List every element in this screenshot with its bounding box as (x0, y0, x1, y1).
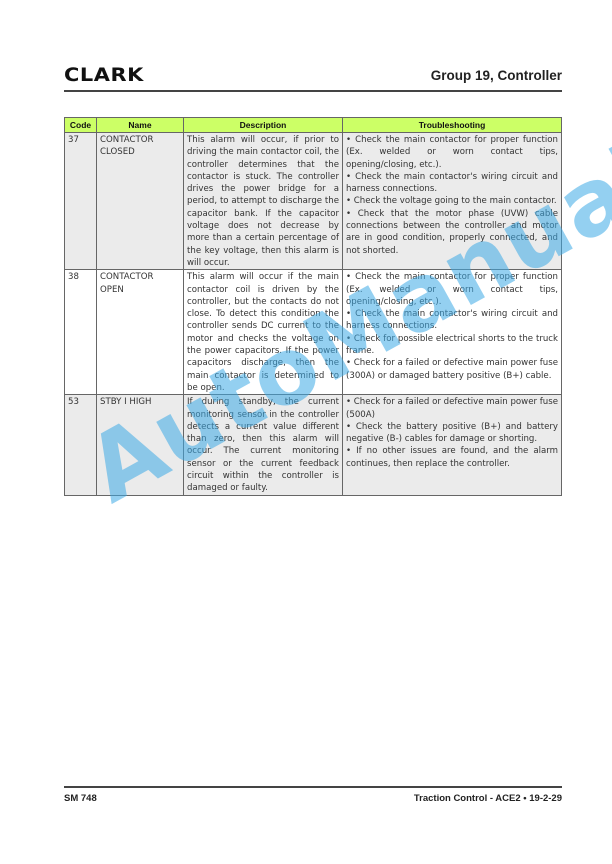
troubleshooting-step: • Check the main contactor's wiring circ… (346, 171, 558, 196)
description-cell: This alarm will occur, if prior to drivi… (184, 133, 343, 270)
troubleshooting-step: • Check that the motor phase (UVW) cable… (346, 208, 558, 257)
page-header: CLARK Group 19, Controller (64, 62, 562, 92)
page-reference: Traction Control - ACE2 • 19-2-29 (414, 793, 562, 804)
troubleshooting-cell: • Check for a failed or defective main p… (343, 395, 562, 495)
alarm-code-table: Code Name Description Troubleshooting 37… (64, 117, 562, 496)
troubleshooting-step: • Check the main contactor for proper fu… (346, 271, 558, 308)
code-cell: 37 (65, 133, 97, 270)
troubleshooting-step: • Check the main contactor for proper fu… (346, 134, 558, 171)
column-header-description: Description (184, 118, 343, 133)
name-cell: STBY I HIGH (97, 395, 184, 495)
column-header-name: Name (97, 118, 184, 133)
troubleshooting-cell: • Check the main contactor for proper fu… (343, 133, 562, 270)
code-cell: 53 (65, 395, 97, 495)
group-title: Group 19, Controller (431, 68, 562, 83)
troubleshooting-step: • If no other issues are found, and the … (346, 445, 558, 470)
name-cell: CONTACTOR OPEN (97, 270, 184, 395)
page-footer: SM 748 Traction Control - ACE2 • 19-2-29 (64, 786, 562, 788)
description-cell: This alarm will occur if the main contac… (184, 270, 343, 395)
table-row: 37 CONTACTOR CLOSED This alarm will occu… (65, 133, 562, 270)
troubleshooting-step: • Check for a failed or defective main p… (346, 357, 558, 382)
troubleshooting-step: • Check the main contactor's wiring circ… (346, 308, 558, 333)
manual-number: SM 748 (64, 793, 97, 804)
troubleshooting-step: • Check the battery positive (B+) and ba… (346, 421, 558, 446)
troubleshooting-step: • Check the voltage going to the main co… (346, 195, 558, 207)
description-cell: If during standby, the current monitorin… (184, 395, 343, 495)
code-cell: 38 (65, 270, 97, 395)
troubleshooting-cell: • Check the main contactor for proper fu… (343, 270, 562, 395)
table-header-row: Code Name Description Troubleshooting (65, 118, 562, 133)
column-header-code: Code (65, 118, 97, 133)
clark-logo: CLARK (64, 64, 144, 86)
column-header-troubleshooting: Troubleshooting (343, 118, 562, 133)
table-row: 38 CONTACTOR OPEN This alarm will occur … (65, 270, 562, 395)
table-row: 53 STBY I HIGH If during standby, the cu… (65, 395, 562, 495)
troubleshooting-step: • Check for a failed or defective main p… (346, 396, 558, 421)
troubleshooting-step: • Check for possible electrical shorts t… (346, 333, 558, 358)
name-cell: CONTACTOR CLOSED (97, 133, 184, 270)
